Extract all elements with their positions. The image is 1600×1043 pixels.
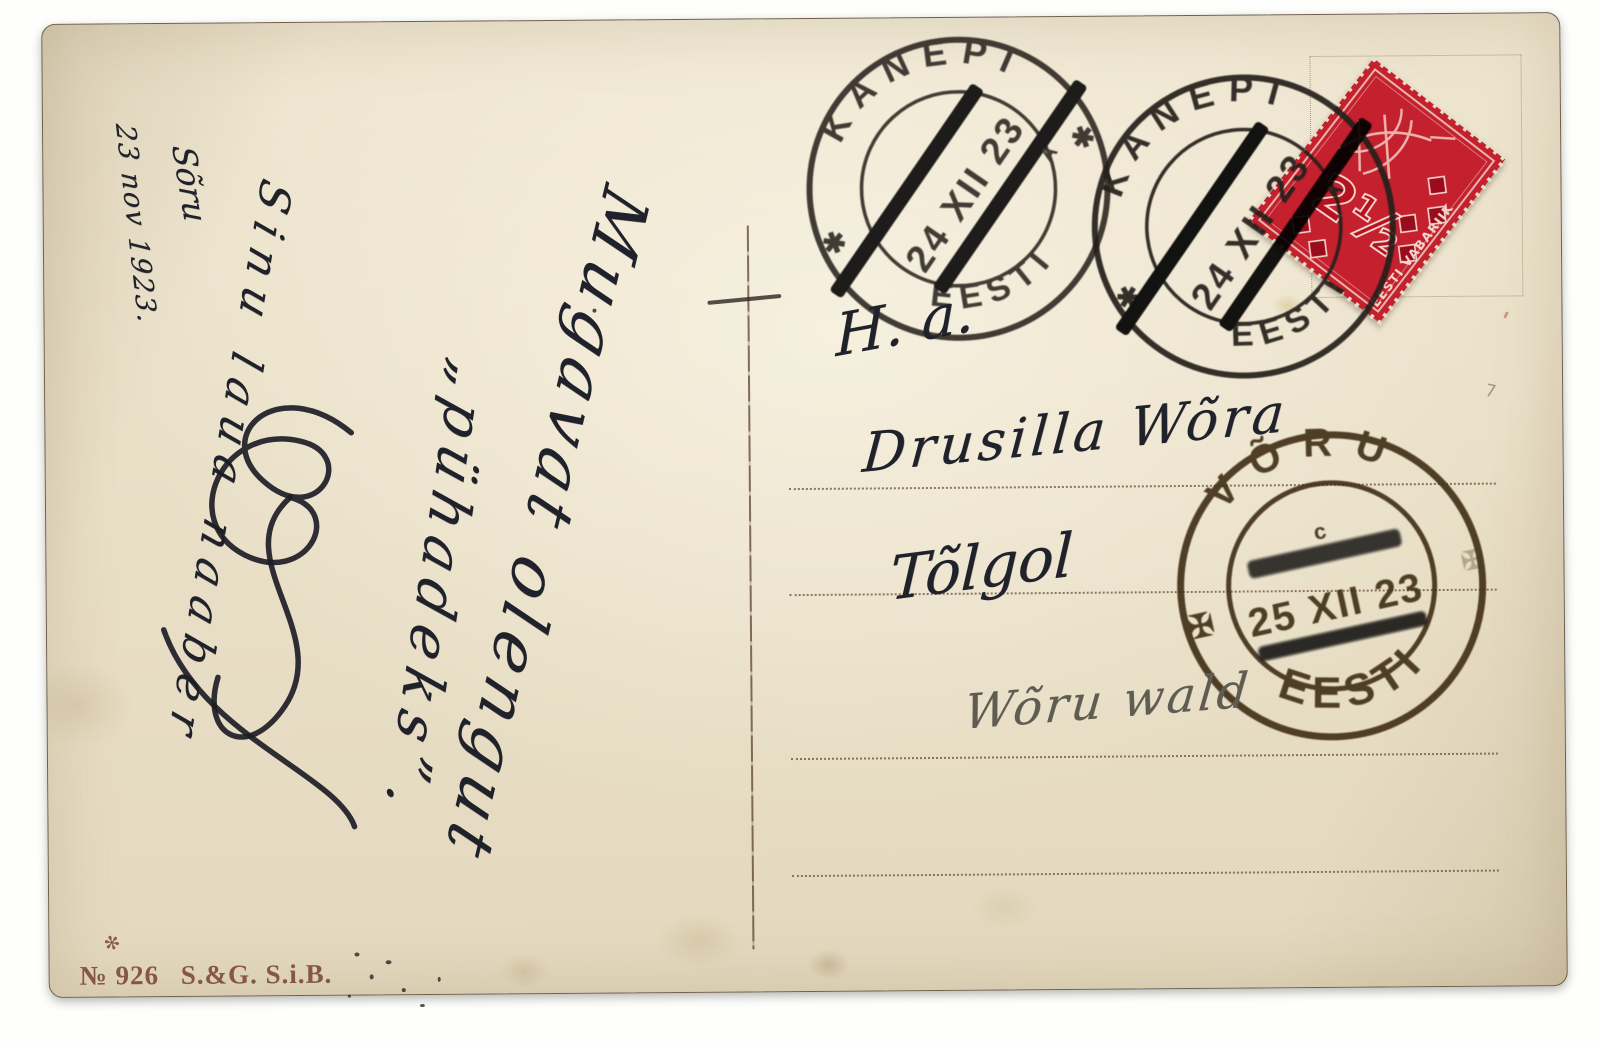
pencil-note: 7 [1483,381,1498,403]
ink-speck [355,953,360,957]
ink-speck [370,974,374,979]
ink-speck [592,309,596,313]
handwriting-locality: Tõlgol [888,520,1074,615]
maltese-cross-icon: ✠ [1458,543,1486,577]
ink-speck [402,988,406,992]
postcard: 2½ EESTI VABARIIK KANEPI EESTI ✱ ✱ 24 XI… [41,12,1568,998]
ink-speck [420,1004,425,1007]
address-dotted-line [791,753,1498,761]
photo-background: 2½ EESTI VABARIIK KANEPI EESTI ✱ ✱ 24 XI… [0,0,1600,1043]
ink-speck [438,977,441,982]
red-speck [1503,311,1509,319]
ink-speck [348,995,351,998]
handwriting-date: 23 nov 1923. [109,123,163,325]
printer-mark: № 926 S.&G. S.i.B. [80,959,333,992]
postmark-code: c [1311,518,1328,545]
printer-publisher: S.&G. S.i.B. [181,959,333,990]
ink-speck [386,960,392,964]
handwriting-place: Sõru [164,146,215,222]
center-divider-rule [747,225,755,949]
address-dotted-line [792,870,1499,878]
printer-number: № 926 [80,960,160,991]
signature-flourish [98,367,436,860]
flower-mark-icon: ✻ [101,930,124,957]
ink-dash-mark [707,294,781,305]
